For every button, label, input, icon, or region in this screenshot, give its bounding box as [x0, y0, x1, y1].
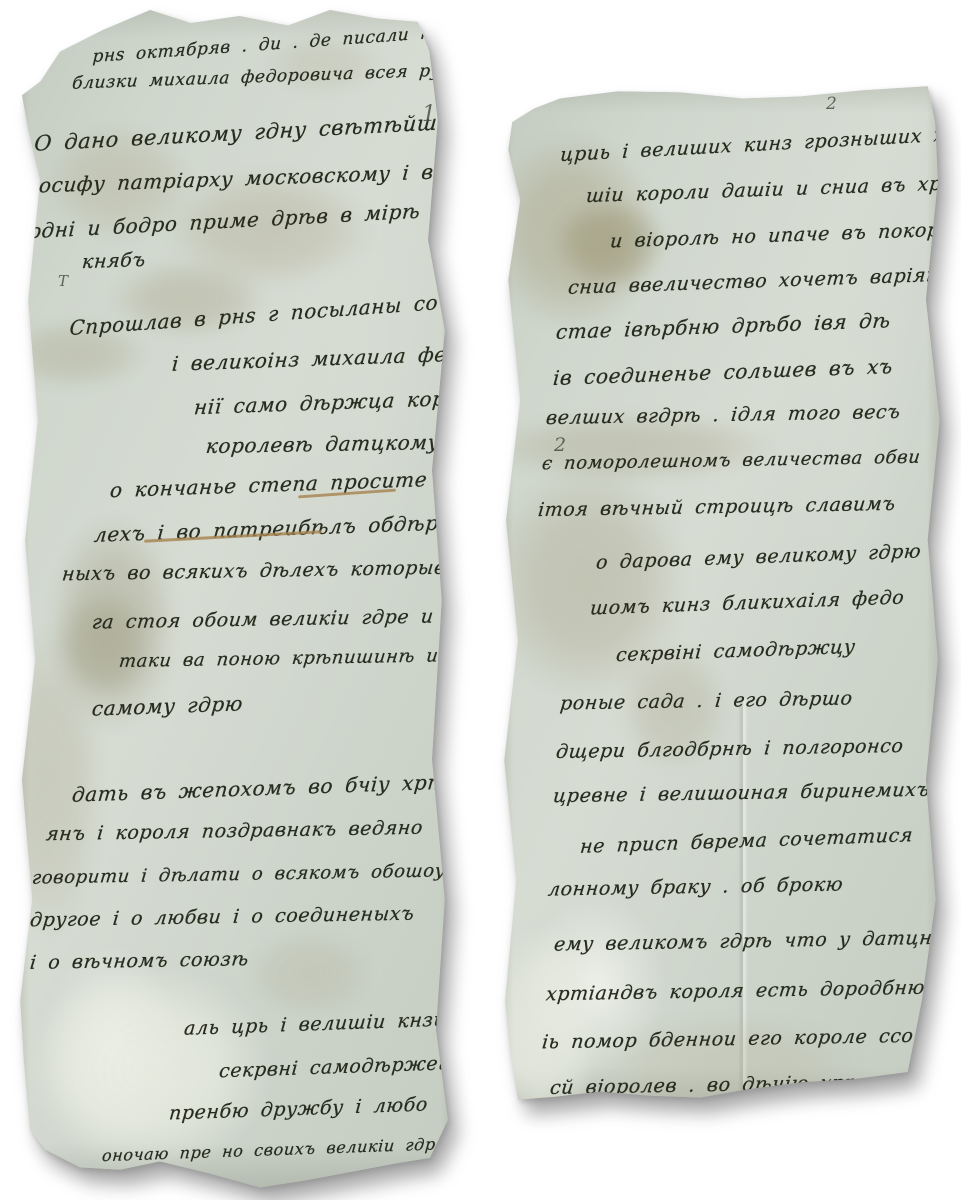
manuscript-line: і о вѣчномъ союзѣ — [29, 950, 250, 973]
paper-surface-2: цриь і велиших кинз грозныших хв гдрѣшіи… — [498, 82, 942, 1108]
manuscript-line: другое і о любви і о соединеныхъ — [29, 905, 415, 931]
manuscript-line: і великоінз михаила федоро — [171, 342, 499, 373]
manuscript-page-2: цриь і велиших кинз грозныших хв гдрѣшіи… — [498, 82, 942, 1108]
photo-canvas: рнѕ октябряв . ди . де писали подрядновб… — [0, 0, 961, 1200]
paper-surface-1: рнѕ октябряв . ди . де писали подрядновб… — [14, 4, 456, 1190]
manuscript-page-1: рнѕ октябряв . ди . де писали подрядновб… — [14, 4, 456, 1190]
page-number-annotation: 2 — [826, 94, 837, 114]
manuscript-line: га стоя обоим великіи гдре и обои — [91, 606, 495, 632]
manuscript-line: хртіандвъ короля есть дородбню — [545, 979, 926, 1005]
manuscript-line: ныхъ во всякихъ дѣлехъ которые — [61, 559, 447, 585]
manuscript-line: ітоя вѣчный строицѣ славимъ — [537, 495, 897, 520]
manuscript-line: сй віоролев . во дѣчію хртьѣ — [549, 1073, 892, 1098]
manuscript-line: цриь і велиших кинз грозныших хв гдрѣ — [560, 122, 961, 165]
manuscript-line: янъ і короля поздравнакъ ведяно — [45, 819, 424, 845]
manuscript-line: О дано великому гдну свѣтѣйшему — [34, 110, 482, 155]
manuscript-line: самому гдрю — [91, 693, 244, 718]
paper-sheet-1: рнѕ октябряв . ди . де писали подрядновб… — [14, 4, 456, 1190]
manuscript-line: нії само дѣржца королю — [193, 387, 490, 417]
manuscript-line: велших вгдрѣ . ідля того весъ — [545, 403, 901, 428]
manuscript-line: дщери блгодбрнѣ і полгоронсо — [555, 737, 904, 762]
page-number-annotation: 2 — [506, 448, 515, 464]
manuscript-line: королевѣ датцкому — [205, 432, 441, 456]
manuscript-line: говорити і дѣлати о всякомъ обошоу — [31, 862, 447, 887]
paper-stain — [54, 589, 154, 699]
page-number-annotation: 1 — [422, 102, 436, 127]
manuscript-line: лонному браку . об брокю — [547, 875, 844, 899]
manuscript-line: роные сада . і его дѣршо — [559, 689, 854, 713]
manuscript-line: ів соединенье сольшев въ хъ — [552, 356, 894, 388]
manuscript-line: ему великомъ гдрѣ что у датцного — [553, 928, 961, 954]
manuscript-line: таки ва поною крѣпишинѣ имъ — [118, 647, 467, 671]
manuscript-line: о кончанье степа просите да — [109, 468, 466, 500]
manuscript-line: княбъ — [81, 251, 146, 272]
manuscript-line: іь помор бденнои его короле ссо , — [541, 1027, 933, 1053]
manuscript-line: цревне і велишоиная биринемихъ — [552, 781, 931, 807]
manuscript-line: є поморолешномъ величества обви — [541, 449, 921, 474]
paper-stain — [244, 929, 374, 1019]
page-number-annotation: Т — [58, 272, 68, 290]
paper-sheet-2: цриь і велиших кинз грозныших хв гдрѣшіи… — [498, 82, 942, 1108]
manuscript-line: дать въ жепохомъ во бчіу хрть — [71, 771, 459, 805]
page-number-annotation: 2 — [554, 434, 566, 456]
